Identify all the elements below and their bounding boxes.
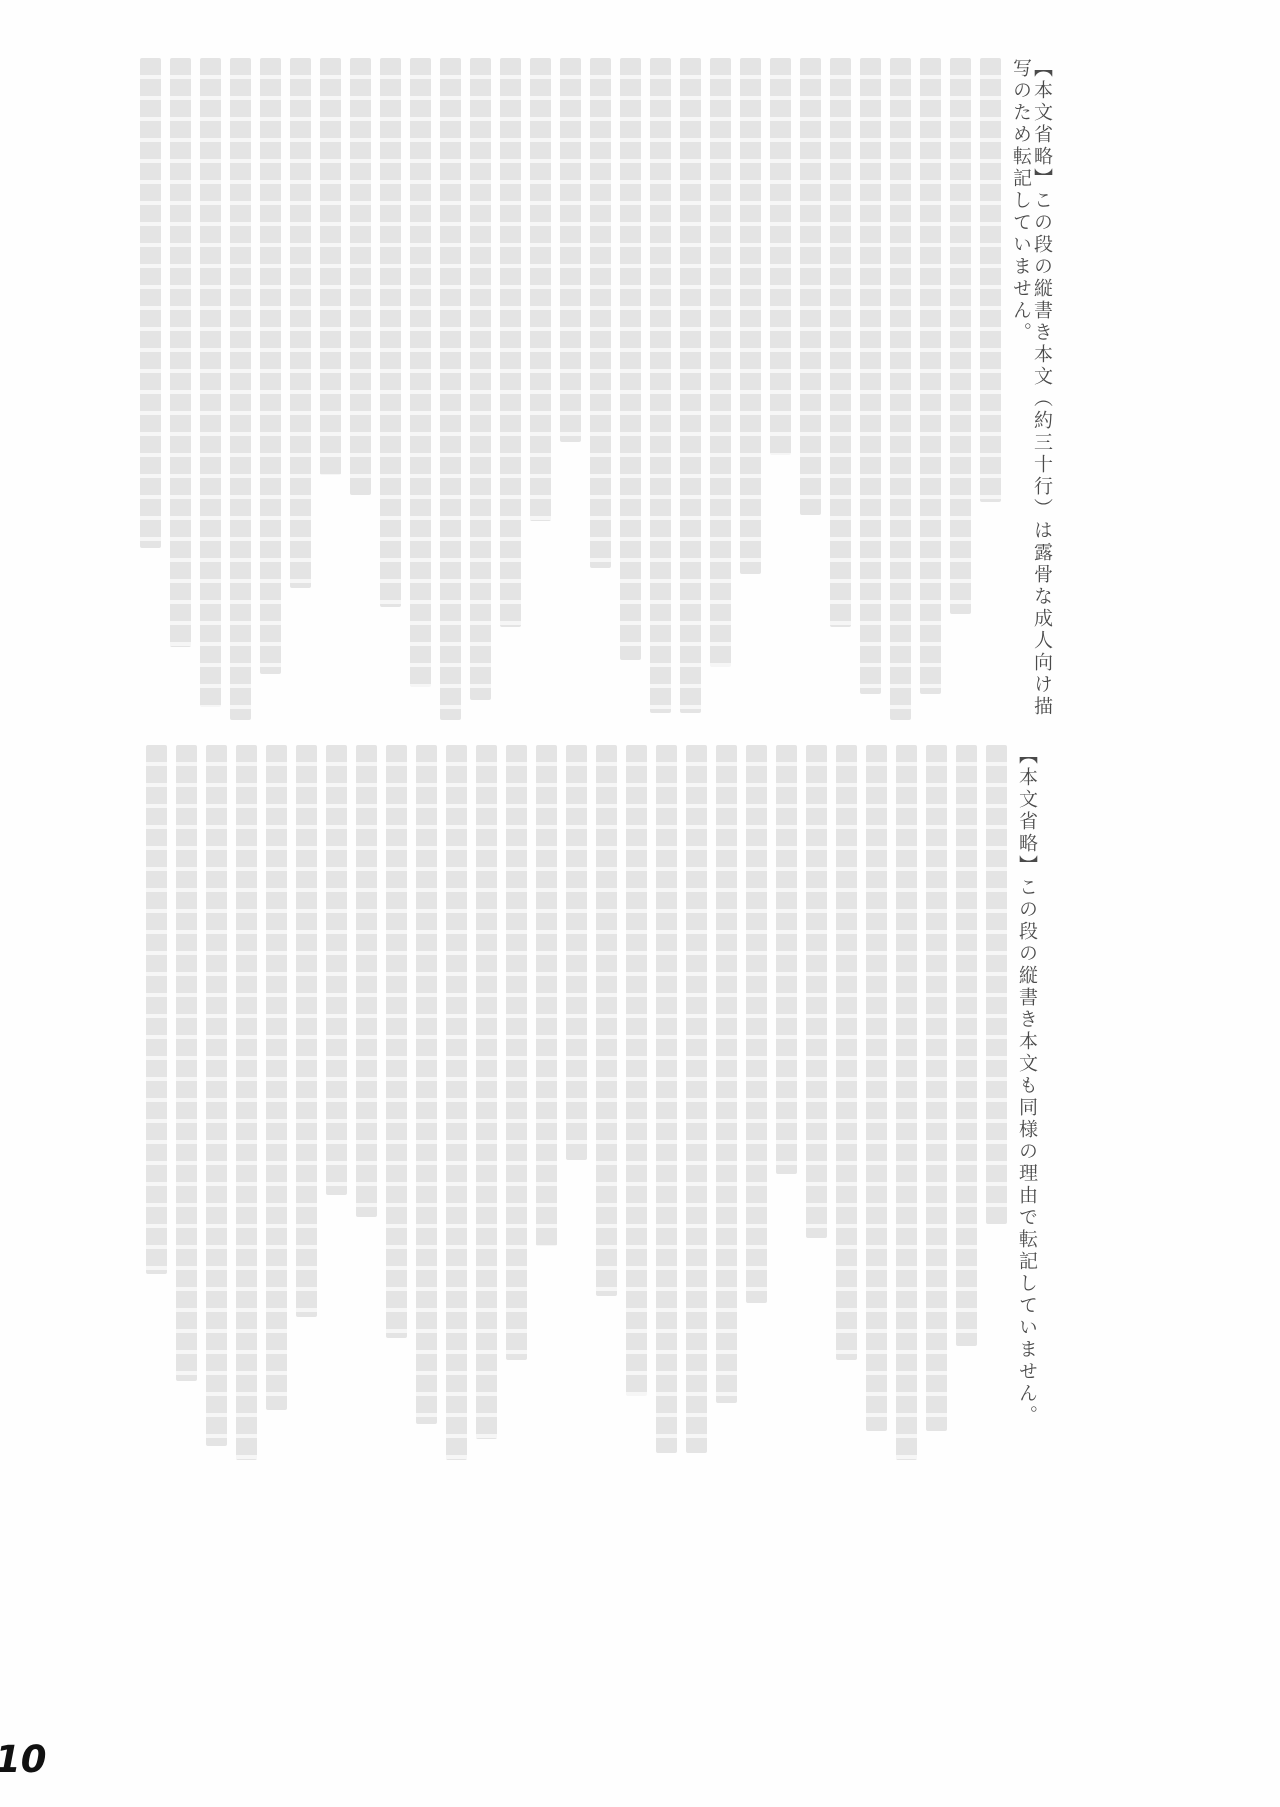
redacted-text-column bbox=[446, 745, 467, 1460]
redacted-text-column bbox=[236, 745, 257, 1460]
redacted-text-column bbox=[140, 58, 161, 548]
redacted-text-column bbox=[956, 745, 977, 1346]
redacted-text-column bbox=[380, 58, 401, 607]
redacted-text-column bbox=[806, 745, 827, 1238]
redacted-text-column bbox=[470, 58, 491, 700]
redacted-text-column bbox=[440, 58, 461, 720]
redacted-text-column bbox=[536, 745, 557, 1246]
redacted-text-column bbox=[686, 745, 707, 1453]
redacted-text-column bbox=[200, 58, 221, 707]
redacted-text-column bbox=[836, 745, 857, 1360]
top-text-block: 【本文省略】この段の縦書き本文（約三十行）は露骨な成人向け描写のため転記していま… bbox=[145, 58, 1052, 720]
redacted-text-column bbox=[356, 745, 377, 1217]
redacted-text-column bbox=[710, 58, 731, 667]
redacted-text-column bbox=[146, 745, 167, 1274]
redacted-text-column bbox=[776, 745, 797, 1174]
redacted-text-column bbox=[326, 745, 347, 1195]
redacted-text-column bbox=[290, 58, 311, 588]
redacted-text-column bbox=[866, 745, 887, 1431]
redacted-text-column bbox=[950, 58, 971, 614]
redacted-text-column bbox=[176, 745, 197, 1381]
redaction-notice-bottom: 【本文省略】この段の縦書き本文も同様の理由で転記していません。 bbox=[1016, 745, 1037, 1460]
bottom-text-block: 【本文省略】この段の縦書き本文も同様の理由で転記していません。 bbox=[145, 745, 1037, 1460]
redacted-text-column bbox=[266, 745, 287, 1410]
redacted-text-column bbox=[740, 58, 761, 574]
redacted-text-column bbox=[476, 745, 497, 1439]
redacted-text-column bbox=[800, 58, 821, 515]
redacted-text-column bbox=[386, 745, 407, 1338]
redacted-text-column bbox=[920, 58, 941, 694]
redacted-text-column bbox=[320, 58, 341, 475]
redacted-text-column bbox=[926, 745, 947, 1431]
redacted-text-column bbox=[650, 58, 671, 713]
redacted-text-column bbox=[410, 58, 431, 687]
redacted-text-column bbox=[680, 58, 701, 713]
redacted-text-column bbox=[170, 58, 191, 647]
redacted-text-column bbox=[716, 745, 737, 1403]
redacted-text-column bbox=[980, 58, 1001, 502]
redacted-text-column bbox=[656, 745, 677, 1453]
redacted-text-column bbox=[830, 58, 851, 627]
redacted-text-column bbox=[890, 58, 911, 720]
redacted-text-column bbox=[746, 745, 767, 1303]
redacted-text-column bbox=[626, 745, 647, 1396]
document-page: 【本文省略】この段の縦書き本文（約三十行）は露骨な成人向け描写のため転記していま… bbox=[0, 0, 1280, 1807]
redacted-text-column bbox=[506, 745, 527, 1360]
redacted-text-column bbox=[860, 58, 881, 694]
redacted-text-column bbox=[206, 745, 227, 1446]
redacted-text-column bbox=[590, 58, 611, 568]
redacted-text-column bbox=[620, 58, 641, 660]
redacted-text-column bbox=[350, 58, 371, 495]
redacted-text-column bbox=[500, 58, 521, 627]
redacted-text-column bbox=[296, 745, 317, 1317]
page-number: 10 bbox=[0, 1738, 47, 1781]
redacted-text-column bbox=[416, 745, 437, 1424]
redacted-text-column bbox=[896, 745, 917, 1460]
redaction-notice-top: 【本文省略】この段の縦書き本文（約三十行）は露骨な成人向け描写のため転記していま… bbox=[1010, 58, 1052, 720]
redacted-text-column bbox=[596, 745, 617, 1296]
redacted-text-column bbox=[986, 745, 1007, 1224]
redacted-text-column bbox=[566, 745, 587, 1160]
redacted-text-column bbox=[230, 58, 251, 720]
redacted-text-column bbox=[260, 58, 281, 674]
redacted-text-column bbox=[530, 58, 551, 521]
redacted-text-column bbox=[560, 58, 581, 442]
redacted-text-column bbox=[770, 58, 791, 455]
